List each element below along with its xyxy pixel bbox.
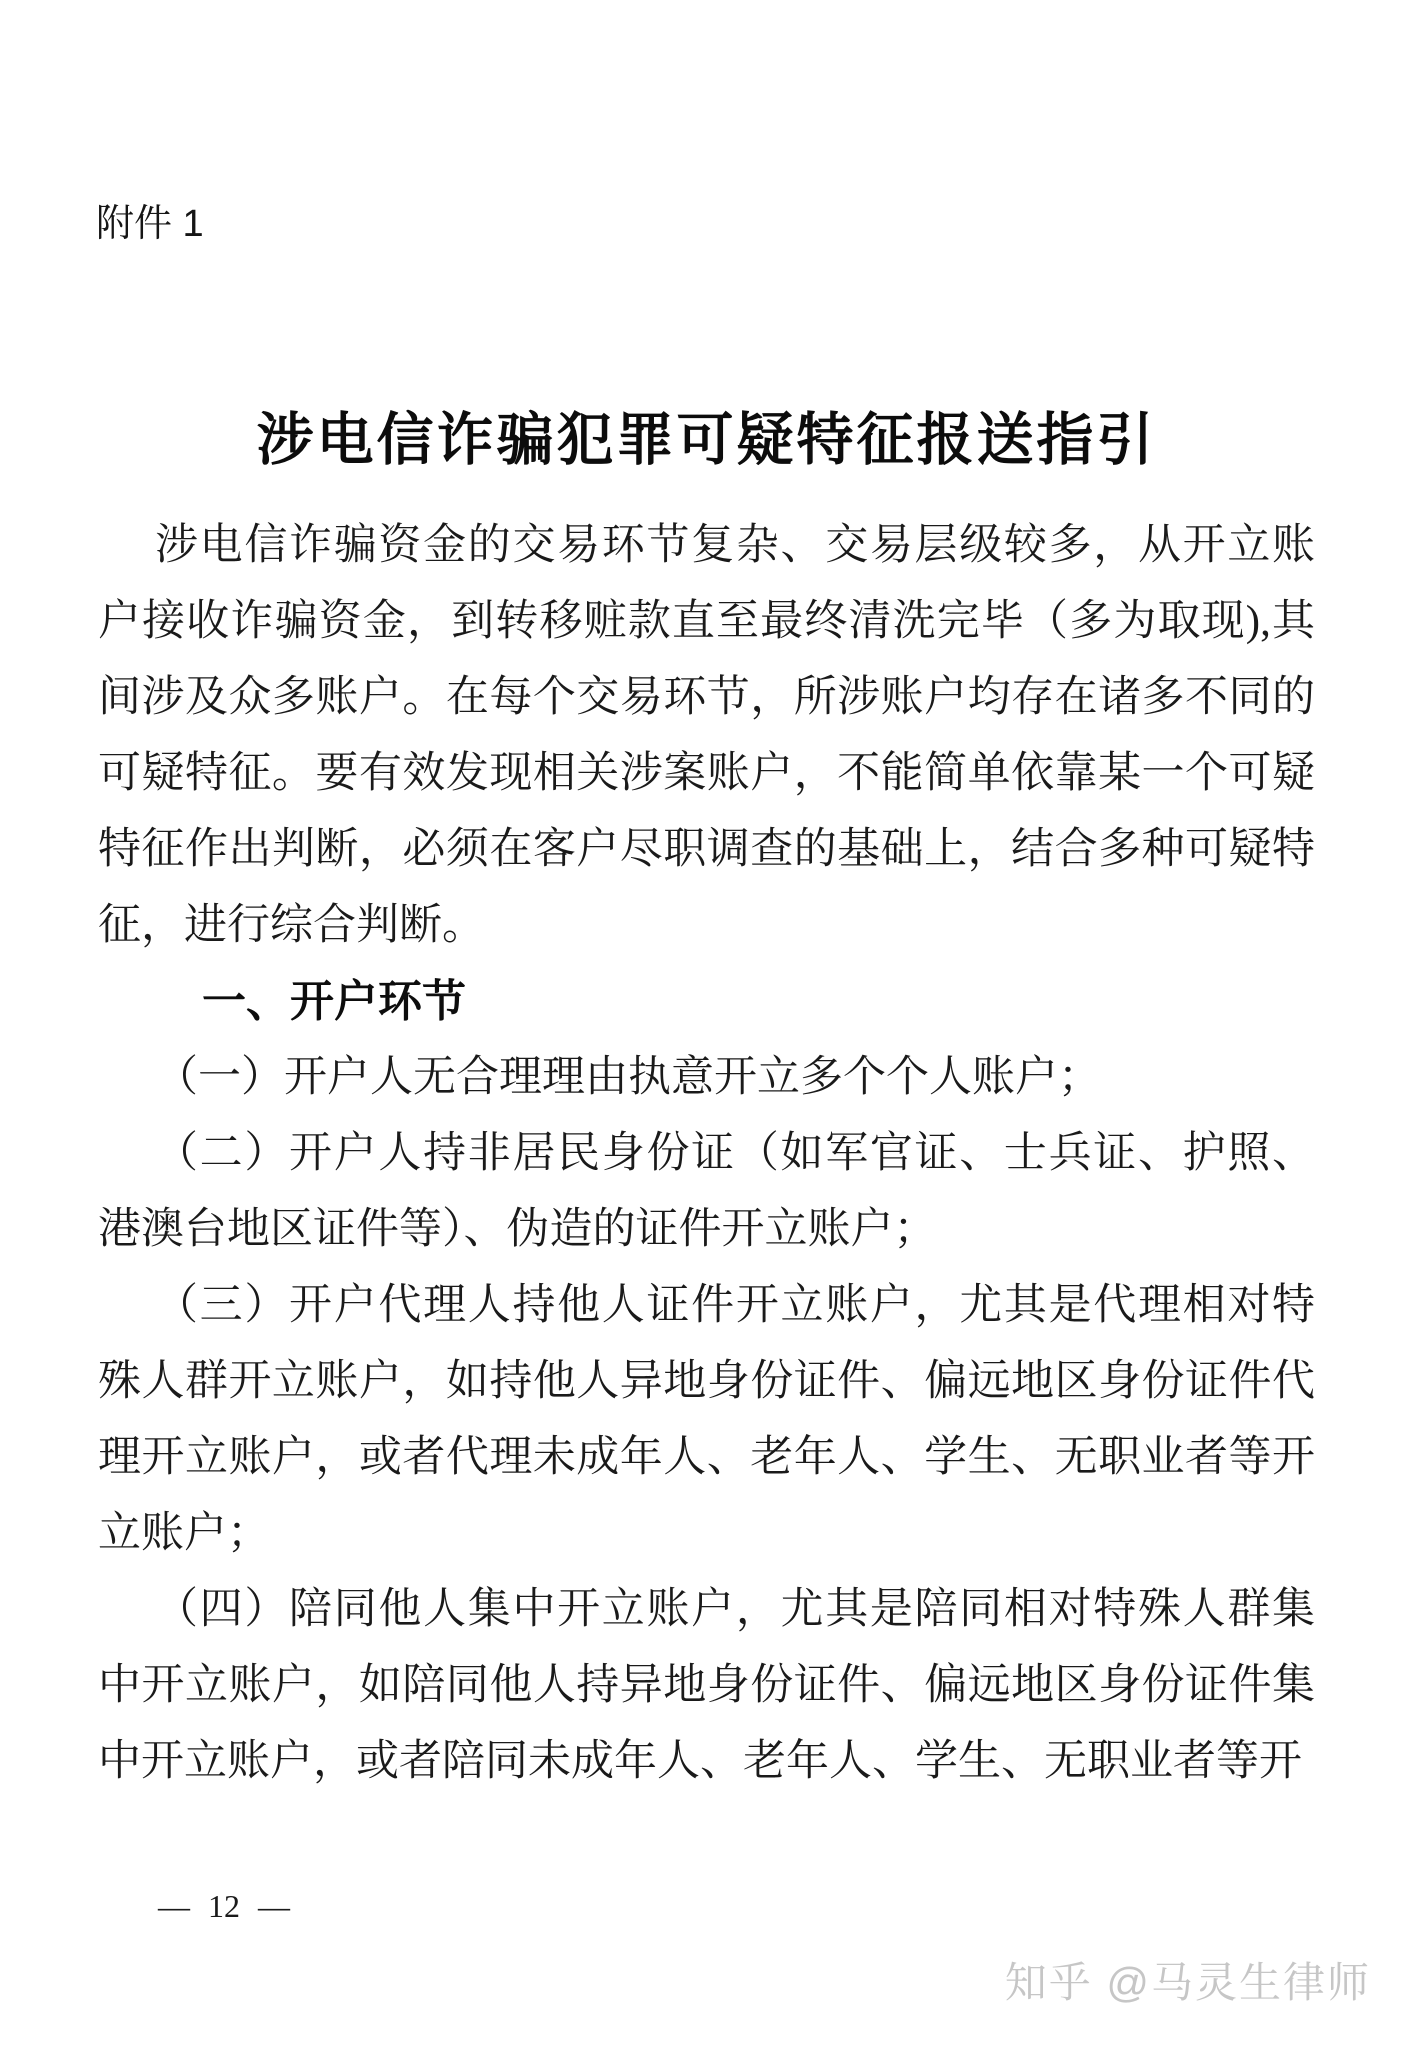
page-number: — 12 — bbox=[158, 1884, 290, 1928]
list-item-3: （三）开户代理人持他人证件开立账户，尤其是代理相对特殊人群开立账户，如持他人异地… bbox=[98, 1268, 1315, 1572]
document-body: 涉电信诈骗资金的交易环节复杂、交易层级较多，从开立账户接收诈骗资金，到转移赃款直… bbox=[98, 508, 1315, 1800]
section-heading-account-opening: 一、开户环节 bbox=[98, 964, 1315, 1040]
document-title: 涉电信诈骗犯罪可疑特征报送指引 bbox=[98, 406, 1315, 476]
attachment-label: 附件 1 bbox=[96, 200, 204, 248]
document-page: 附件 1 涉电信诈骗犯罪可疑特征报送指引 涉电信诈骗资金的交易环节复杂、交易层级… bbox=[0, 0, 1405, 2048]
list-item-1: （一）开户人无合理理由执意开立多个个人账户； bbox=[98, 1040, 1315, 1116]
intro-paragraph: 涉电信诈骗资金的交易环节复杂、交易层级较多，从开立账户接收诈骗资金，到转移赃款直… bbox=[98, 508, 1315, 964]
watermark-zhihu-author: 知乎 @马灵生律师 bbox=[1005, 1958, 1371, 2008]
list-item-4: （四）陪同他人集中开立账户，尤其是陪同相对特殊人群集中开立账户，如陪同他人持异地… bbox=[98, 1572, 1315, 1800]
list-item-2: （二）开户人持非居民身份证（如军官证、士兵证、护照、港澳台地区证件等）、伪造的证… bbox=[98, 1116, 1315, 1268]
